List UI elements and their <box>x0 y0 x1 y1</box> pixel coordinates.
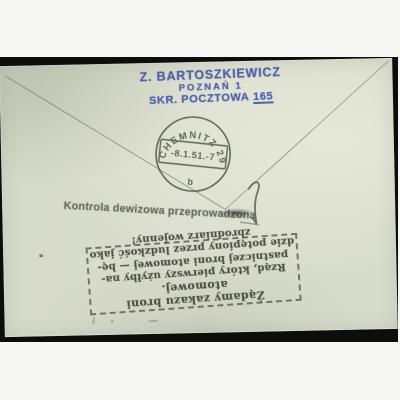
svg-text:CHEMNITZ 29: CHEMNITZ 29 <box>157 126 231 166</box>
chemnitz-postmark: CHEMNITZ 29 -8.1.51.-7 b <box>149 110 237 198</box>
sender-pobox-number: 165 <box>253 90 274 103</box>
postmark-town: CHEMNITZ 29 <box>157 126 231 166</box>
faint-ink-mark <box>111 320 114 323</box>
postmark-index-letter: b <box>187 177 194 188</box>
envelope-back: Z. BARTOSZKIEWICZ POZNAŃ 1 SKR. POCZTOWA… <box>0 58 398 337</box>
cover-photo: Z. BARTOSZKIEWICZ POZNAŃ 1 SKR. POCZTOWA… <box>0 57 398 342</box>
paper-speck <box>39 254 43 257</box>
sender-pobox-label: SKR. POCZTOWA <box>149 91 250 107</box>
postmark-date: -8.1.51.-7 <box>170 148 215 162</box>
